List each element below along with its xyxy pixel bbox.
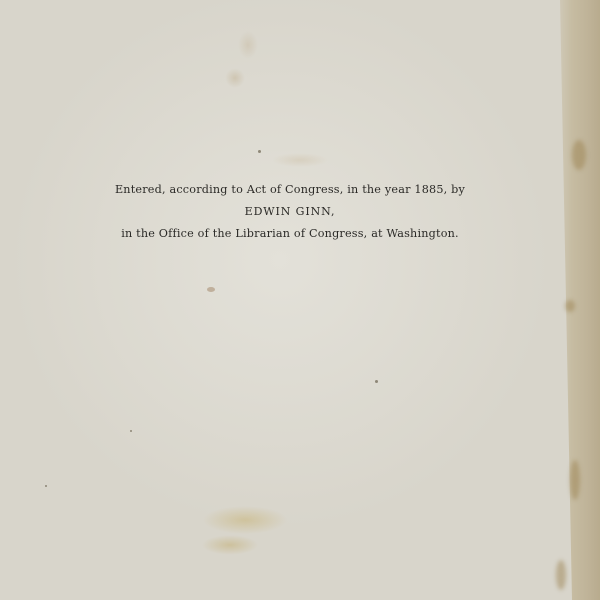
- speck: [258, 150, 261, 153]
- stain: [556, 560, 566, 590]
- page-edge-shadow: [560, 0, 600, 600]
- speck: [207, 287, 215, 292]
- stain: [570, 460, 580, 500]
- stain: [572, 140, 586, 170]
- copyright-line-1: Entered, according to Act of Congress, i…: [60, 179, 520, 201]
- book-page: Entered, according to Act of Congress, i…: [0, 0, 600, 600]
- copyright-line-3: in the Office of the Librarian of Congre…: [60, 223, 520, 245]
- copyright-notice: Entered, according to Act of Congress, i…: [60, 179, 520, 245]
- speck: [45, 485, 47, 487]
- copyright-holder: EDWIN GINN,: [60, 201, 520, 223]
- speck: [130, 430, 132, 432]
- speck: [375, 380, 378, 383]
- stain: [565, 300, 575, 312]
